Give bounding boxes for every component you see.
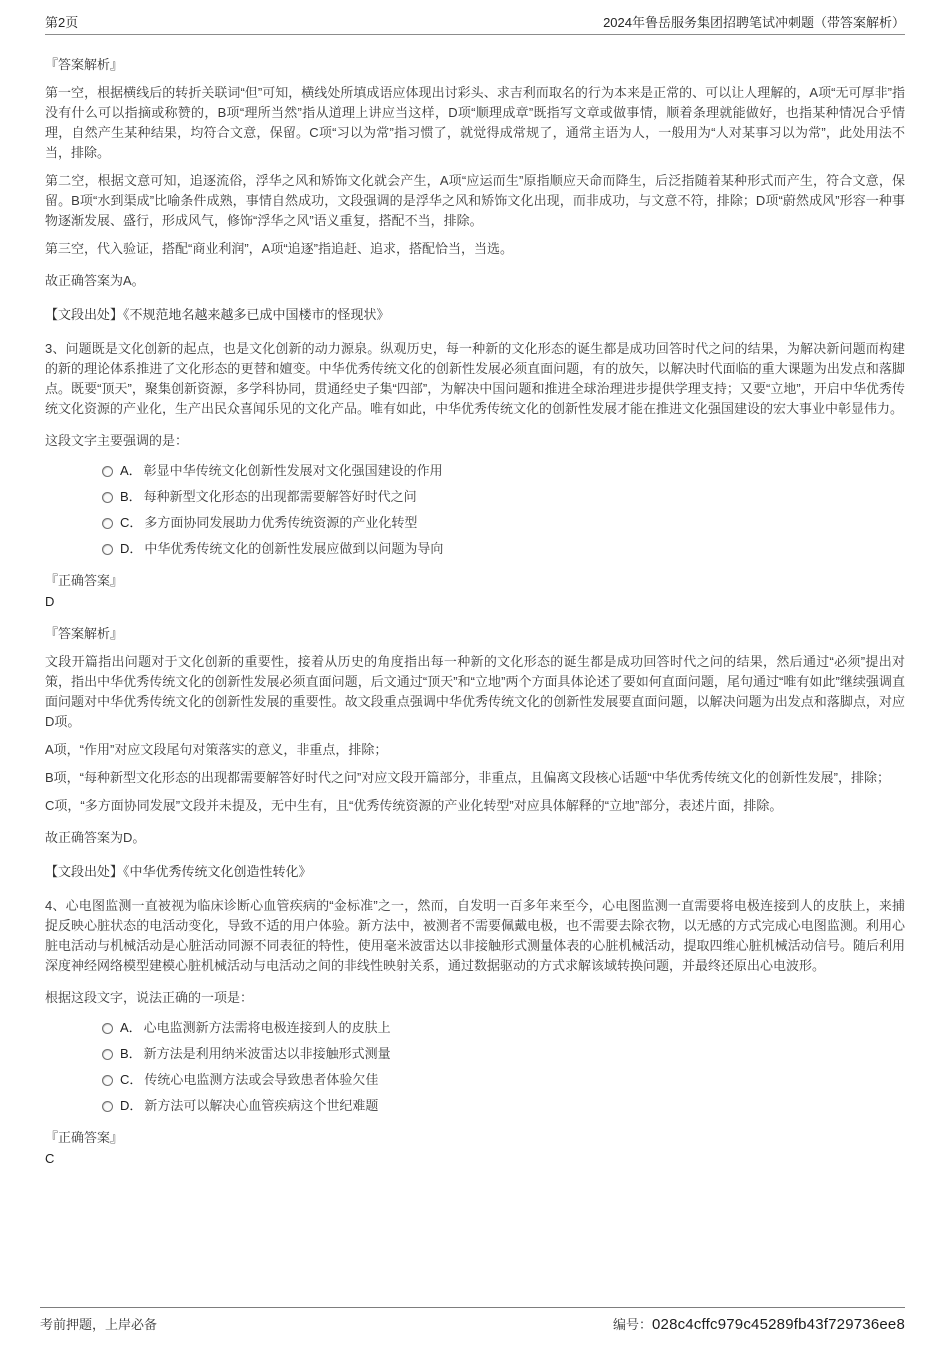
correct-answer-statement: 故正确答案为D。 <box>45 828 905 848</box>
analysis-option-a-note: A项，“作用”对应文段尾句对策落实的意义，非重点，排除； <box>45 740 905 760</box>
source-reference: 【文段出处】《不规范地名越来越多已成中国楼市的怪现状》 <box>45 305 905 325</box>
analysis-paragraph-blank2: 第二空，根据文意可知，追逐流俗，浮华之风和矫饰文化就会产生，A项“应运而生”原指… <box>45 171 905 231</box>
option-row-b[interactable]: B． 新方法是利用纳米波雷达以非接触形式测量 <box>45 1044 905 1064</box>
answer-analysis-label: 『答案解析』 <box>45 55 905 75</box>
page-footer: 考前押题，上岸必备 编号：028c4cffc979c45289fb43f7297… <box>40 1307 905 1333</box>
option-letter: C． <box>120 513 142 533</box>
option-row-c[interactable]: C． 多方面协同发展助力优秀传统资源的产业化转型 <box>45 513 905 533</box>
option-letter: A． <box>120 461 142 481</box>
option-letter: D． <box>120 539 142 559</box>
option-letter: B． <box>120 1044 142 1064</box>
option-text: 心电监测新方法需将电极连接到人的皮肤上 <box>144 1018 391 1038</box>
radio-button[interactable] <box>102 492 113 503</box>
document-id-line: 编号：028c4cffc979c45289fb43f729736ee8 <box>613 1314 905 1333</box>
document-id-label: 编号： <box>613 1317 652 1332</box>
question-3-stem: 3、问题既是文化创新的起点，也是文化创新的动力源泉。纵观历史，每一种新的文化形态… <box>45 339 905 419</box>
option-text: 多方面协同发展助力优秀传统资源的产业化转型 <box>144 513 417 533</box>
analysis-paragraph-blank1: 第一空，根据横线后的转折关联词“但”可知，横线处所填成语应体现出讨彩头、求吉利而… <box>45 83 905 163</box>
question-4-prompt: 根据这段文字，说法正确的一项是： <box>45 988 905 1008</box>
answer-analysis-label: 『答案解析』 <box>45 624 905 644</box>
question-4-options: A． 心电监测新方法需将电极连接到人的皮肤上 B． 新方法是利用纳米波雷达以非接… <box>45 1018 905 1116</box>
option-text: 新方法可以解决心血管疾病这个世纪难题 <box>144 1096 378 1116</box>
radio-button[interactable] <box>102 1023 113 1034</box>
page-number: 第2页 <box>45 12 78 31</box>
analysis-paragraph-main: 文段开篇指出问题对于文化创新的重要性，接着从历史的角度指出每一种新的文化形态的诞… <box>45 652 905 732</box>
question-3-prompt: 这段文字主要强调的是： <box>45 431 905 451</box>
option-letter: D． <box>120 1096 142 1116</box>
question-3-options: A． 彰显中华传统文化创新性发展对文化强国建设的作用 B． 每种新型文化形态的出… <box>45 461 905 559</box>
option-letter: C． <box>120 1070 142 1090</box>
source-reference: 【文段出处】《中华优秀传统文化创造性转化》 <box>45 862 905 882</box>
footer-slogan: 考前押题，上岸必备 <box>40 1314 157 1333</box>
option-letter: A． <box>120 1018 142 1038</box>
radio-button[interactable] <box>102 466 113 477</box>
option-text: 新方法是利用纳米波雷达以非接触形式测量 <box>144 1044 391 1064</box>
option-row-d[interactable]: D． 新方法可以解决心血管疾病这个世纪难题 <box>45 1096 905 1116</box>
correct-answer-label: 『正确答案』 <box>45 1128 905 1148</box>
option-row-c[interactable]: C． 传统心电监测方法或会导致患者体验欠佳 <box>45 1070 905 1090</box>
option-text: 传统心电监测方法或会导致患者体验欠佳 <box>144 1070 378 1090</box>
radio-button[interactable] <box>102 518 113 529</box>
correct-answer-value: C <box>45 1149 905 1169</box>
option-row-d[interactable]: D． 中华优秀传统文化的创新性发展应做到以问题为导向 <box>45 539 905 559</box>
radio-button[interactable] <box>102 1101 113 1112</box>
radio-button[interactable] <box>102 1075 113 1086</box>
radio-button[interactable] <box>102 1049 113 1060</box>
correct-answer-value: D <box>45 592 905 612</box>
correct-answer-label: 『正确答案』 <box>45 571 905 591</box>
analysis-option-c-note: C项，“多方面协同发展”文段并未提及，无中生有，且“优秀传统资源的产业化转型”对… <box>45 796 905 816</box>
document-body: 『答案解析』 第一空，根据横线后的转折关联词“但”可知，横线处所填成语应体现出讨… <box>45 35 905 1169</box>
analysis-paragraph-blank3: 第三空，代入验证，搭配“商业利润”，A项“追逐”指追赶、追求，搭配恰当，当选。 <box>45 239 905 259</box>
option-text: 中华优秀传统文化的创新性发展应做到以问题为导向 <box>144 539 443 559</box>
option-row-b[interactable]: B． 每种新型文化形态的出现都需要解答好时代之问 <box>45 487 905 507</box>
document-title: 2024年鲁岳服务集团招聘笔试冲刺题（带答案解析） <box>603 12 905 31</box>
option-row-a[interactable]: A． 心电监测新方法需将电极连接到人的皮肤上 <box>45 1018 905 1038</box>
correct-answer-statement: 故正确答案为A。 <box>45 271 905 291</box>
document-id-value: 028c4cffc979c45289fb43f729736ee8 <box>652 1316 905 1333</box>
question-4-stem: 4、心电图监测一直被视为临床诊断心血管疾病的“金标准”之一，然而，自发明一百多年… <box>45 896 905 976</box>
page-header: 第2页 2024年鲁岳服务集团招聘笔试冲刺题（带答案解析） <box>45 0 905 35</box>
option-text: 彰显中华传统文化创新性发展对文化强国建设的作用 <box>144 461 443 481</box>
analysis-option-b-note: B项，“每种新型文化形态的出现都需要解答好时代之问”对应文段开篇部分，非重点，且… <box>45 768 905 788</box>
option-row-a[interactable]: A． 彰显中华传统文化创新性发展对文化强国建设的作用 <box>45 461 905 481</box>
radio-button[interactable] <box>102 544 113 555</box>
option-text: 每种新型文化形态的出现都需要解答好时代之问 <box>144 487 417 507</box>
option-letter: B． <box>120 487 142 507</box>
